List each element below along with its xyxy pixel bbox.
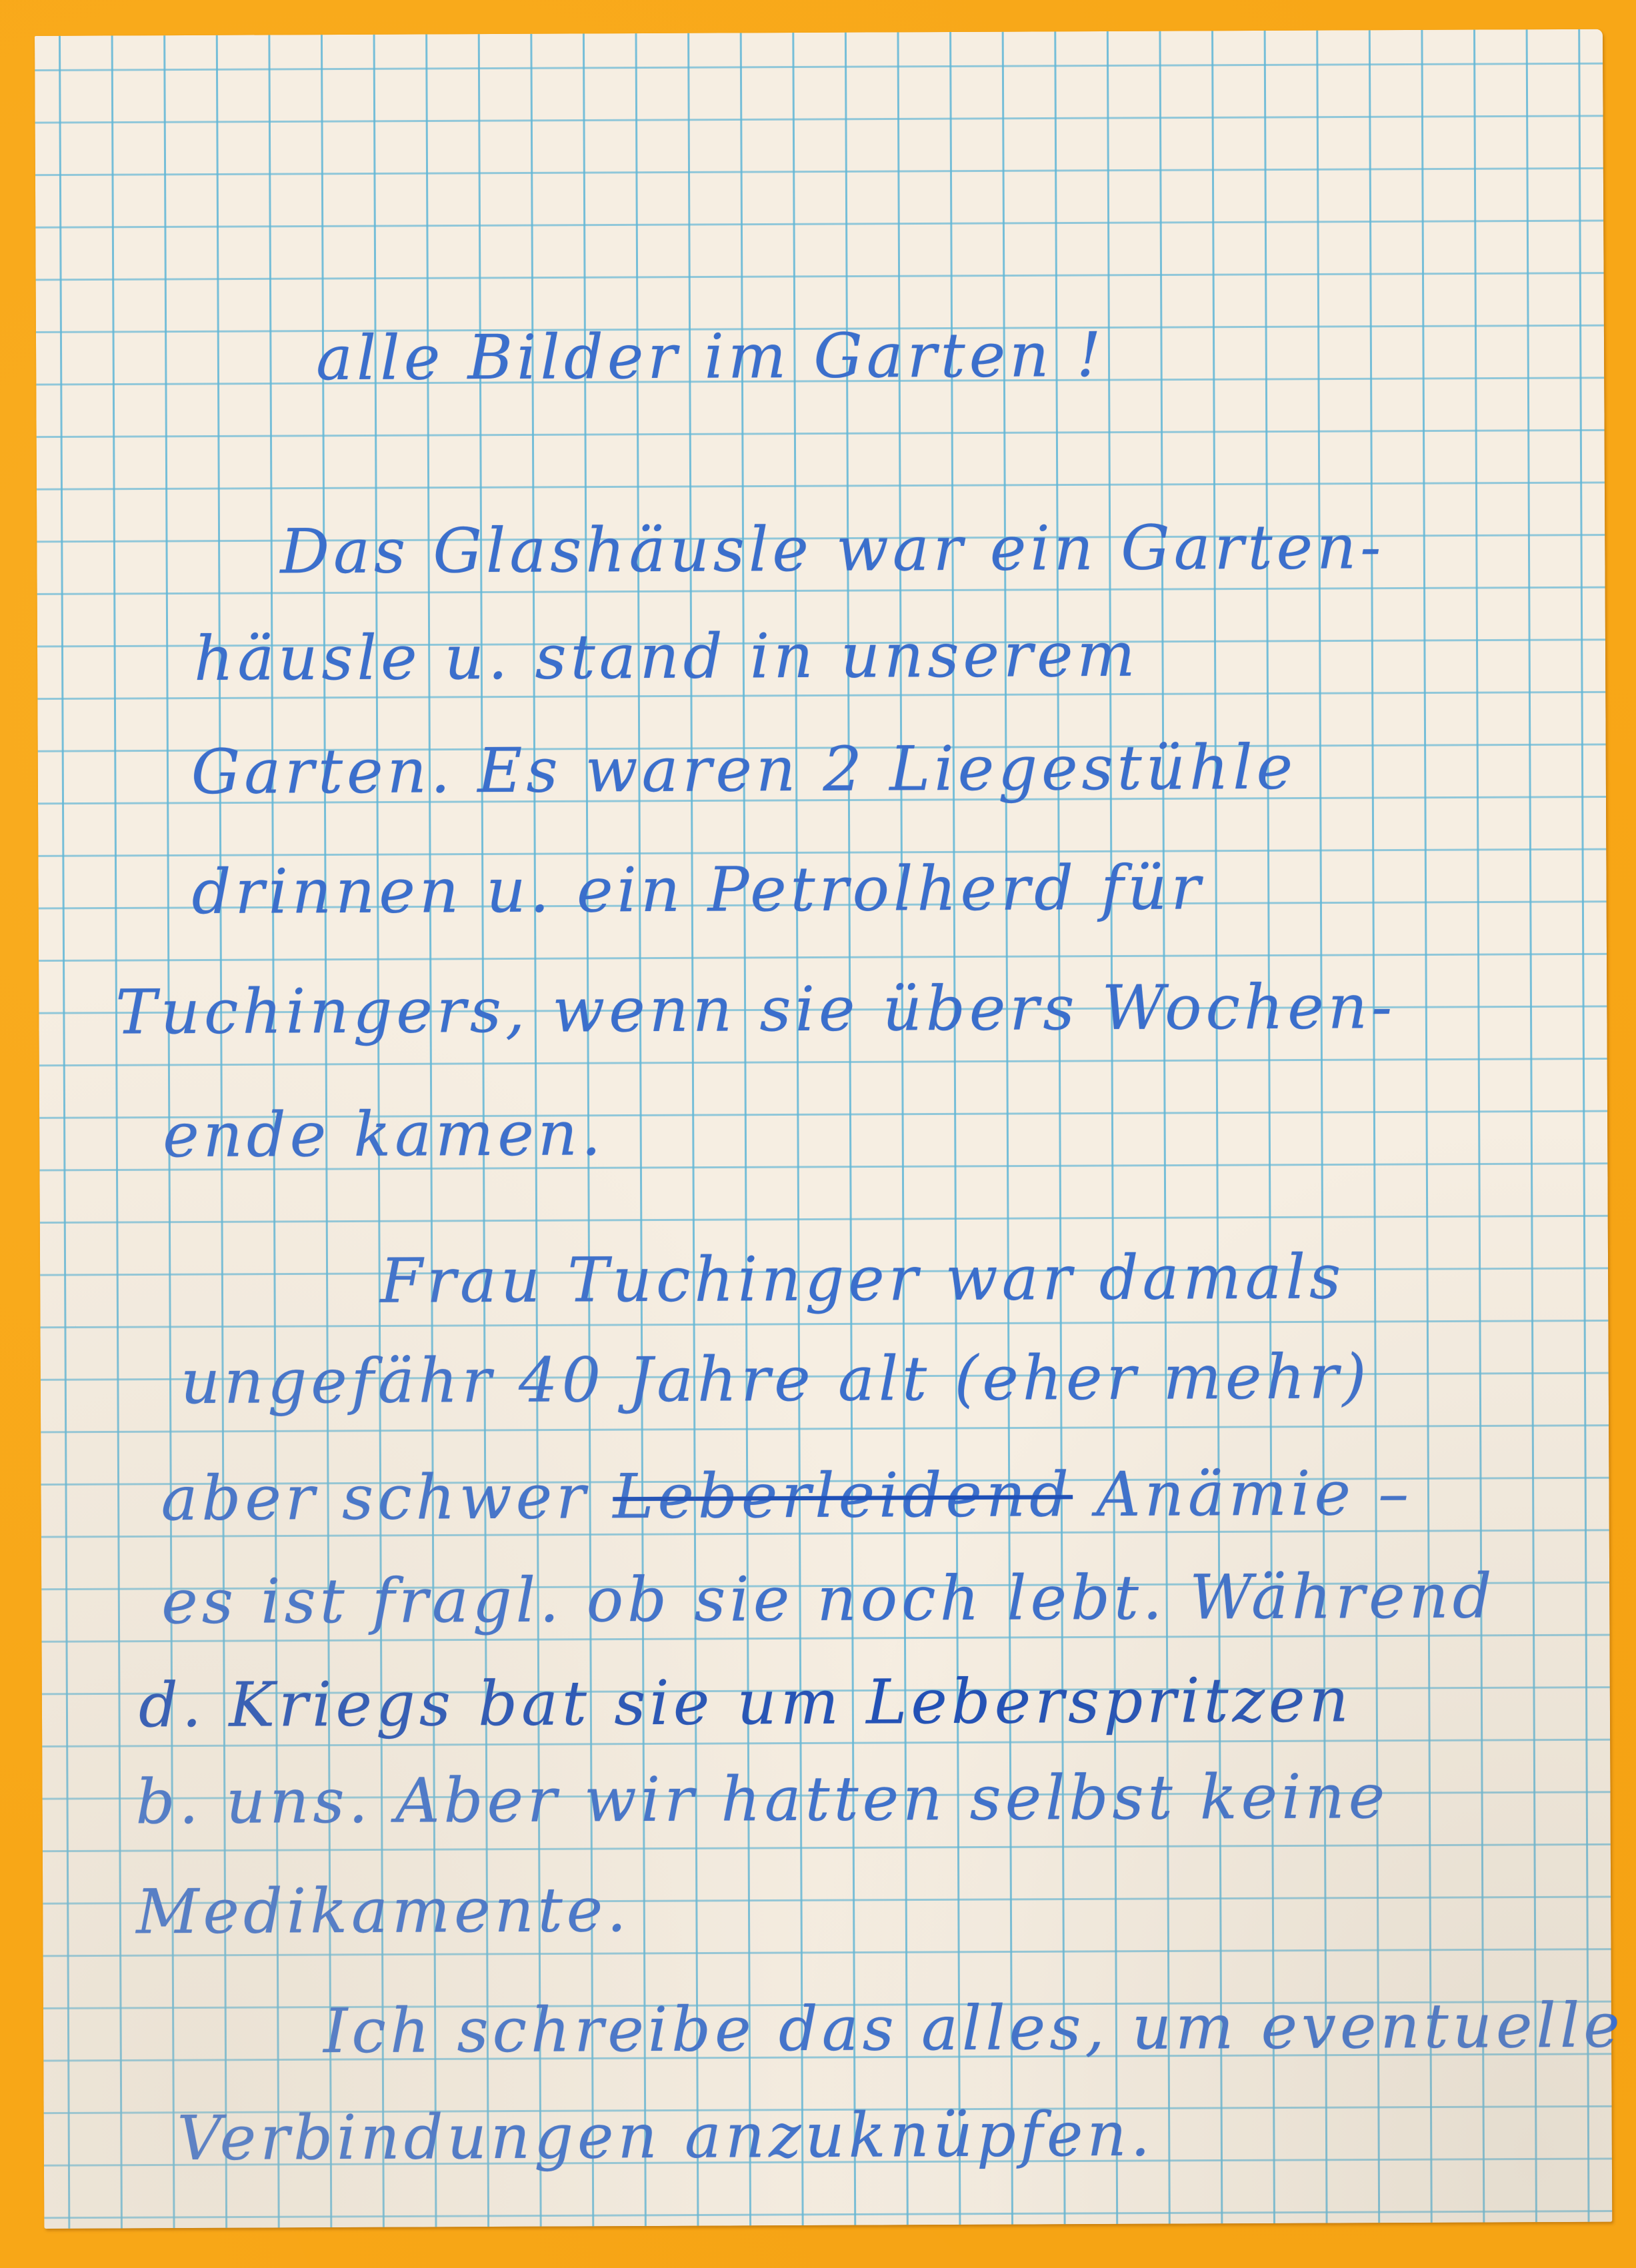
paragraph-2-line-2: ungefähr 40 Jahre alt (eher mehr) — [181, 1346, 1371, 1413]
paragraph-1-line-5: Tuchingers, wenn sie übers Wochen- — [115, 976, 1396, 1043]
graph-paper-sheet: alle Bilder im Garten ! Das Glashäusle w… — [35, 29, 1612, 2229]
paragraph-1-line-4: drinnen u. ein Petrolherd für — [191, 857, 1204, 923]
paragraph-2-line-1: Frau Tuchinger war damals — [380, 1246, 1345, 1312]
paragraph-2-line-7: Medikamente. — [136, 1879, 631, 1943]
paragraph-1-line-6: ende kamen. — [163, 1103, 605, 1166]
paragraph-1-line-1: Das Glashäusle war ein Garten- — [280, 517, 1385, 582]
struck-out-word: Leberleidend — [613, 1459, 1073, 1532]
letter-heading: alle Bilder im Garten ! — [316, 325, 1105, 389]
paragraph-3-line-1: Ich schreibe das alles, um eventuelle — [323, 1995, 1624, 2063]
paragraph-2-line-3: aber schwer Leberleidend Anämie – — [161, 1463, 1413, 1530]
paragraph-2-line-6: b. uns. Aber wir hatten selbst keine — [135, 1766, 1389, 1833]
paragraph-2-line-5: d. Kriegs bat sie um Leberspritzen — [139, 1670, 1353, 1736]
paragraph-3-line-2: Verbindungen anzuknüpfen. — [177, 2104, 1155, 2169]
paragraph-1-line-2: häusle u. stand in unserem — [194, 624, 1139, 690]
text-before-strike: aber schwer — [161, 1461, 613, 1534]
paragraph-2-line-4: es ist fragl. ob sie noch lebt. Während — [161, 1566, 1496, 1633]
text-after-strike: Anämie – — [1073, 1458, 1413, 1530]
paragraph-1-line-3: Garten. Es waren 2 Liegestühle — [191, 737, 1297, 803]
